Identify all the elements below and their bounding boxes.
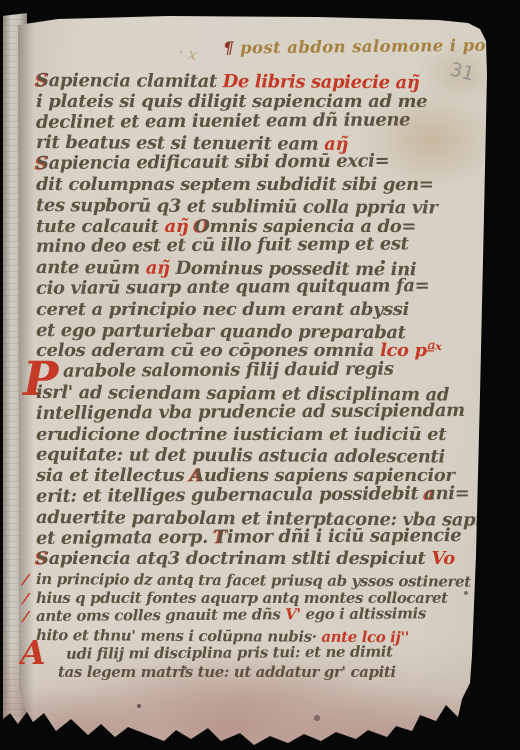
text-segment: De libris sapiecie aŋ̃	[223, 71, 420, 93]
text-line: et ego parturiebar quando preparabat	[36, 321, 474, 344]
text-segment: T	[214, 526, 227, 547]
text-segment: erudicione doctrine iusticiam et iudiciū…	[36, 424, 446, 445]
text-segment: et ego parturiebar quando preparabat	[36, 320, 406, 343]
text-line: tes supborū q3 et sublimiū colla ppria v…	[36, 196, 474, 219]
text-segment: erit: et itelliges gubernacula possidebi…	[36, 483, 424, 507]
text-block: P A Sapiencia clamitat De libris sapieci…	[36, 71, 474, 682]
text-line: intelligenda vba prudencie ad suscipiend…	[36, 401, 474, 425]
text-segment: et enigmata eorp.	[36, 526, 214, 548]
text-segment: aŋ̃	[164, 216, 194, 237]
text-segment: V'	[285, 605, 305, 623]
text-segment: apiencia atq3 doctrinam stlti despiciut	[49, 548, 432, 569]
text-segment: equitate: ut det puulis astucia adolesce…	[36, 444, 445, 467]
text-segment: ante euūm	[36, 257, 146, 279]
text-line: Sapiencia clamitat De libris sapiecie aŋ…	[36, 71, 474, 94]
text-segment: ante oms colles gnauit me dñs	[36, 606, 285, 626]
text-segment: ni=	[435, 483, 469, 504]
manuscript-photo: · x ¶ post abdon salomone i pone 31 P A …	[0, 0, 520, 750]
text-line: udi filij mi disciplina pris tui: et ne …	[36, 641, 474, 663]
text-segment: tute calcauit	[36, 216, 164, 237]
text-segment: S	[36, 153, 49, 174]
heading-rubric: ¶ post abdon salomone i pone	[223, 36, 509, 58]
heading-segment: ¶	[223, 38, 240, 57]
text-line: Sapiencia edificauit sibi domū exci=	[36, 151, 474, 175]
text-line: /ante oms colles gnauit me dñs V' ego i …	[36, 604, 474, 626]
manuscript-page: · x ¶ post abdon salomone i pone 31 P A …	[18, 15, 488, 750]
text-line: tas legem matris tue: ut addatur gr' cap…	[36, 663, 474, 682]
text-segment: a	[424, 483, 435, 504]
text-segment: cio viarū suarp ante quam quitquam fa=	[36, 275, 429, 299]
text-segment: apiencia edificauit sibi domū exci=	[49, 151, 390, 174]
text-segment: declinet et eam iueniet eam dñ inuene	[36, 109, 410, 133]
text-segment: aŋ̃	[146, 258, 176, 279]
text-segment: sia et itellectus	[36, 465, 190, 486]
text-segment: dit columpnas septem subdidit sibi gen=	[36, 174, 433, 195]
margin-x-mark: · x	[176, 42, 198, 64]
text-line: declinet et eam iueniet eam dñ inuene	[36, 110, 474, 134]
text-segment: S	[36, 70, 49, 91]
text-segment: arabole salomonis filij dauid regis	[63, 359, 394, 382]
text-line: erit: et itelliges gubernacula possidebi…	[36, 484, 474, 508]
text-segment: apiencia clamitat	[49, 70, 223, 92]
text-line: et enigmata eorp. Timor dñi i iciū sapie…	[36, 525, 474, 549]
text-segment: ego i altissimis	[305, 605, 426, 624]
text-segment: tes supborū q3 et sublimiū colla ppria v…	[36, 195, 438, 218]
text-line: erudicione doctrine iusticiam et iudiciū…	[36, 425, 474, 446]
text-line: arabole salomonis filij dauid regis	[36, 359, 474, 383]
text-segment: mino deo est et cū illo fuit semp et est	[36, 234, 409, 258]
text-line: cio viarū suarp ante quam quitquam fa=	[36, 276, 474, 300]
text-line: mino deo est et cū illo fuit semp et est	[36, 234, 474, 258]
text-segment: ceret a principio nec dum erant abyssi	[36, 299, 409, 320]
text-segment: imor dñi i iciū sapiencie	[227, 525, 462, 548]
text-segment: in principio dz antq tra facet priusq ab…	[36, 570, 471, 591]
text-segment: udi filij mi disciplina pris tui: et ne …	[66, 642, 393, 662]
text-segment: tas legem matris tue: ut addatur gr' cap…	[58, 663, 396, 681]
text-line: /in principio dz antq tra facet priusq a…	[36, 570, 474, 591]
text-line: ceret a principio nec dum erant abyssi	[36, 300, 474, 321]
text-segment: intelligenda vba prudencie ad suscipiend…	[36, 400, 465, 424]
text-segment: S	[36, 548, 49, 569]
text-segment: Vo	[431, 548, 455, 569]
text-line: dit columpnas septem subdidit sibi gen=	[36, 175, 474, 196]
text-segment: A	[190, 465, 204, 486]
heading-segment: post abdon salomone i pone	[240, 36, 509, 58]
text-segment: i plateis si quis diligit sapienciam ad …	[36, 91, 427, 112]
text-segment: O	[194, 216, 209, 237]
text-line: equitate: ut det puulis astucia adolesce…	[36, 445, 474, 468]
text-line: Sapiencia atq3 doctrinam stlti despiciut…	[36, 549, 474, 570]
